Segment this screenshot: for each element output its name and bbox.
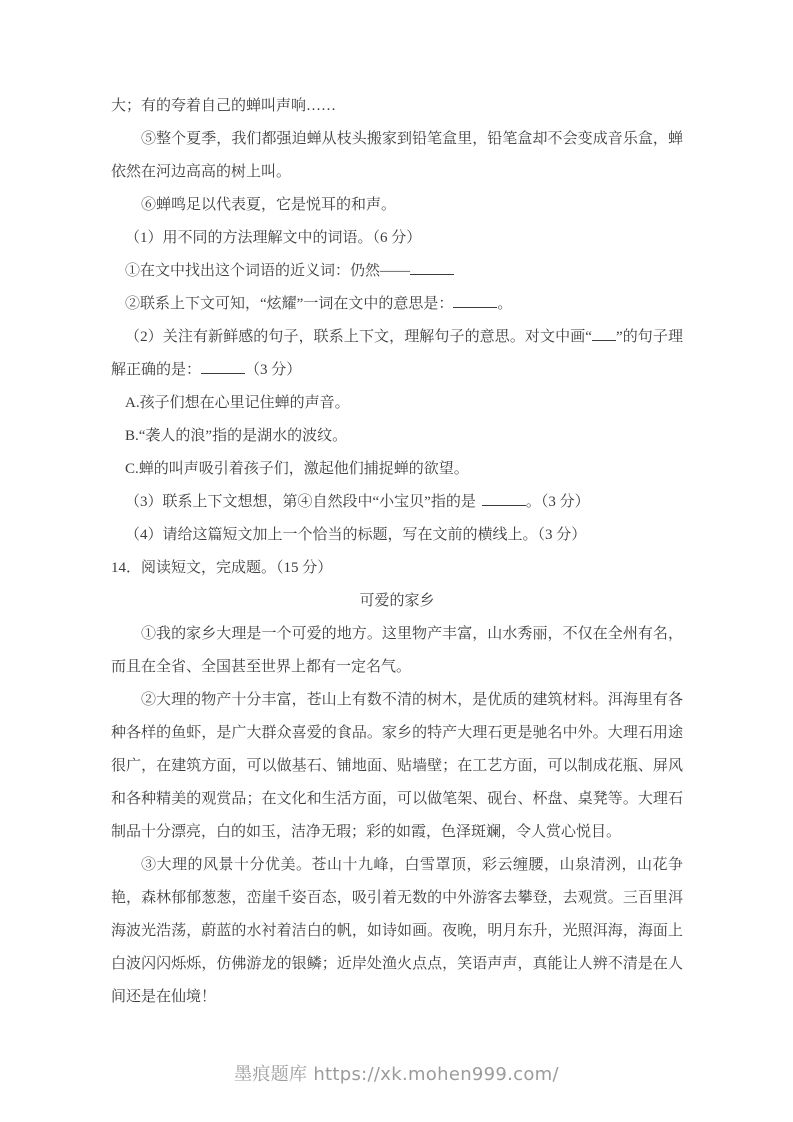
watermark-footer: 墨痕题库 https://xk.mohen999.com/ bbox=[0, 1061, 793, 1089]
question-1-stem: （1）用不同的方法理解文中的词语。（6 分） bbox=[111, 222, 683, 255]
question-1-sub-2-period: 。 bbox=[497, 296, 512, 312]
essay-paragraph-2: ②大理的物产十分丰富，苍山上有数不清的树木，是优质的建筑材料。洱海里有各种各样的… bbox=[111, 684, 683, 849]
watermark-site-url: https://xk.mohen999.com/ bbox=[313, 1064, 559, 1085]
question-1-sub-2: ②联系上下文可知，“炫耀”一词在文中的意思是：。 bbox=[111, 288, 683, 321]
passage-fragment-line: 大；有的夸着自己的蝉叫声响…… bbox=[111, 90, 683, 123]
exam-page: 大；有的夸着自己的蝉叫声响…… ⑤整个夏季，我们都强迫蝉从枝头搬家到铅笔盒里，铅… bbox=[0, 0, 793, 1122]
question-3-text: （3）联系上下文想想，第④自然段中“小宝贝”指的是 bbox=[125, 494, 476, 510]
passage-paragraph-6: ⑥蝉鸣足以代表夏，它是悦耳的和声。 bbox=[111, 189, 683, 222]
answer-blank-reference bbox=[482, 492, 526, 506]
question-2-option-c: C.蝉的叫声吸引着孩子们，激起他们捕捉蝉的欲望。 bbox=[111, 453, 683, 486]
essay-title: 可爱的家乡 bbox=[111, 585, 683, 618]
answer-blank-synonym bbox=[410, 261, 454, 275]
passage-paragraph-5: ⑤整个夏季，我们都强迫蝉从枝头搬家到铅笔盒里，铅笔盒却不会变成音乐盒，蝉依然在河… bbox=[111, 123, 683, 189]
question-2-stem: （2）关注有新鲜感的句子，联系上下文，理解句子的意思。对文中画“”的句子理解正确… bbox=[111, 321, 683, 387]
question-1-sub-1: ①在文中找出这个词语的近义词：仍然—— bbox=[111, 255, 683, 288]
question-1-sub-1-text: ①在文中找出这个词语的近义词：仍然—— bbox=[125, 263, 410, 279]
question-14-stem: 14．阅读短文，完成题。（15 分） bbox=[111, 552, 683, 585]
question-2-option-b: B.“袭人的浪”指的是湖水的波纹。 bbox=[111, 420, 683, 453]
question-2-score: （3 分） bbox=[245, 362, 301, 378]
answer-blank-meaning bbox=[453, 294, 497, 308]
answer-blank-choice bbox=[201, 360, 245, 374]
question-2-option-a: A.孩子们想在心里记住蝉的声音。 bbox=[111, 387, 683, 420]
watermark-site-name: 墨痕题库 bbox=[234, 1064, 307, 1085]
underlined-sentence-mark-blank bbox=[592, 327, 616, 341]
question-3-stem: （3）联系上下文想想，第④自然段中“小宝贝”指的是。（3 分） bbox=[111, 486, 683, 519]
question-4-stem: （4）请给这篇短文加上一个恰当的标题，写在文前的横线上。（3 分） bbox=[111, 519, 683, 552]
question-3-score: 。（3 分） bbox=[526, 494, 590, 510]
question-2-text-pre: （2）关注有新鲜感的句子，联系上下文，理解句子的意思。对文中画“ bbox=[125, 329, 592, 345]
essay-paragraph-3: ③大理的风景十分优美。苍山十九峰，白雪罩顶，彩云缠腰，山泉清洌，山花争艳，森林郁… bbox=[111, 849, 683, 1014]
exam-content: 大；有的夸着自己的蝉叫声响…… ⑤整个夏季，我们都强迫蝉从枝头搬家到铅笔盒里，铅… bbox=[111, 90, 683, 1014]
question-1-sub-2-text: ②联系上下文可知，“炫耀”一词在文中的意思是： bbox=[125, 296, 453, 312]
essay-paragraph-1: ①我的家乡大理是一个可爱的地方。这里物产丰富，山水秀丽，不仅在全州有名，而且在全… bbox=[111, 618, 683, 684]
